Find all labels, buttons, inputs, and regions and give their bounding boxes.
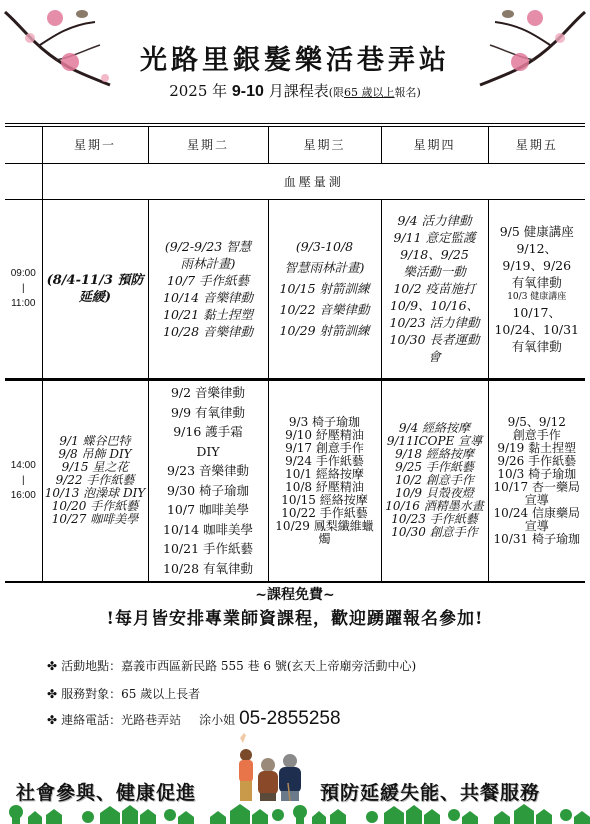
afternoon-wed: 9/3 椅子瑜珈 9/10 紓壓精油 9/17 創意手作 9/24 手作紙藝 1…: [268, 379, 381, 582]
morning-time: 09:00 | 11:00: [5, 199, 42, 379]
info-contact: ✤ 連絡電話： 光路巷弄站 涂小姐 05-2855258: [47, 708, 341, 730]
afternoon-mon: 9/1 蝶谷巴特 9/8 吊飾 DIY 9/15 星之花 9/22 手作紙藝 1…: [42, 379, 148, 582]
free-courses-notice: ~課程免費~: [0, 584, 590, 604]
course-item: 智慧雨林計畫): [271, 257, 379, 278]
monthly-teacher-slogan: !每月皆安排專業師資課程，歡迎踴躍報名參加!: [0, 604, 590, 629]
time-separator: |: [5, 473, 42, 488]
course-item: 10/15 經絡按摩: [271, 494, 379, 507]
course-item: 10/21 手作紙藝: [151, 539, 266, 559]
course-item: 9/16 護手霜: [151, 422, 266, 442]
time-end: 16:00: [5, 488, 42, 503]
course-item: 10/2 疫苗施打: [384, 280, 486, 297]
contact-phone: 05-2855258: [239, 708, 340, 730]
time-separator: |: [5, 281, 42, 296]
subtitle-note-prefix: (限: [329, 86, 344, 99]
day-header-tue: 星期二: [148, 125, 268, 163]
course-item: 9/5 健康講座: [491, 223, 584, 240]
course-item: 10/31 椅子瑜珈: [491, 533, 584, 546]
blood-pressure-cell: 血壓量測: [42, 163, 585, 199]
contact-org: 光路巷弄站: [121, 711, 181, 728]
course-item: 9/23 音樂律動: [151, 461, 266, 481]
footer-slogan-left: 社會參與、健康促進: [16, 778, 196, 805]
afternoon-thu: 9/4 經絡按摩 9/11ICOPE 宣導 9/18 經絡按摩 9/25 手作紙…: [381, 379, 488, 582]
course-item: 10/14 音樂律動: [151, 289, 266, 306]
course-item: 10/7 咖啡美學: [151, 500, 266, 520]
course-item: 9/10 紓壓精油: [271, 429, 379, 442]
course-item: 10/15 射箭訓練: [271, 278, 379, 299]
course-item: (9/3-10/8: [271, 236, 379, 257]
green-houses-border-icon: [0, 803, 590, 824]
afternoon-tue: 9/2 音樂律動 9/9 有氧律動 9/16 護手霜 DIY 9/23 音樂律動…: [148, 379, 268, 582]
course-item: 10/29 射箭訓練: [271, 320, 379, 341]
morning-wed: (9/3-10/8 智慧雨林計畫) 10/15 射箭訓練 10/22 音樂律動 …: [268, 199, 381, 379]
day-header-fri: 星期五: [488, 125, 585, 163]
course-item: 10/24 信康藥局宣導: [491, 507, 584, 533]
course-item: 10/8 紓壓精油: [271, 481, 379, 494]
course-item: 9/11 意定監護: [384, 229, 486, 246]
course-item: 9/19、9/26: [491, 257, 584, 274]
course-item: 9/3 椅子瑜珈: [271, 416, 379, 429]
course-item: 9/18、9/25: [384, 246, 486, 263]
morning-fri: 9/5 健康講座 9/12、 9/19、9/26 有氧律動 10/3 健康講座 …: [488, 199, 585, 379]
afternoon-row: 14:00 | 16:00 9/1 蝶谷巴特 9/8 吊飾 DIY 9/15 星…: [5, 379, 585, 582]
course-item: 10/22 音樂律動: [271, 299, 379, 320]
course-item: 10/23 活力律動: [384, 314, 486, 331]
footer-slogan-right: 預防延緩失能、共餐服務: [320, 778, 540, 805]
course-item: 10/3 椅子瑜珈: [491, 468, 584, 481]
clover-bullet-icon: ✤: [47, 713, 57, 727]
clover-bullet-icon: ✤: [47, 687, 57, 701]
time-start: 14:00: [5, 458, 42, 473]
page-subtitle: 2025 年 9-10 月課程表(限65 歲以上報名): [0, 80, 590, 101]
subtitle-year: 2025 年: [169, 82, 232, 100]
course-item: 9/17 創意手作: [271, 442, 379, 455]
contact-person: 涂小姐: [199, 711, 235, 728]
morning-row: 09:00 | 11:00 (8/4-11/3 預防延緩) (9/2-9/23 …: [5, 199, 585, 379]
course-item: 10/7 手作紙藝: [151, 272, 266, 289]
day-header-wed: 星期三: [268, 125, 381, 163]
clover-bullet-icon: ✤: [47, 659, 57, 673]
location-value: 嘉義市西區新民路 555 巷 6 號(玄天上帝廟旁活動中心): [121, 657, 416, 674]
course-item: 10/22 手作紙藝: [271, 507, 379, 520]
schedule-table: 星期一 星期二 星期三 星期四 星期五 血壓量測 09:00 | 11:00 (…: [5, 123, 585, 583]
target-value: 65 歲以上長者: [121, 685, 200, 702]
course-item: 樂活動一動: [384, 263, 486, 280]
subtitle-note-age: 65 歲以上: [344, 86, 395, 99]
course-item: 10/28 有氧律動: [151, 559, 266, 579]
course-item: 創意手作: [491, 429, 584, 442]
course-item: 雨林計畫): [151, 255, 266, 272]
info-location: ✤ 活動地點： 嘉義市西區新民路 555 巷 6 號(玄天上帝廟旁活動中心): [47, 657, 416, 674]
course-item: 有氧律動: [491, 338, 584, 355]
contact-label: 連絡電話：: [61, 711, 121, 728]
day-header-mon: 星期一: [42, 125, 148, 163]
location-label: 活動地點：: [61, 657, 121, 674]
subtitle-months: 9-10: [232, 83, 264, 100]
course-item: 9/4 活力律動: [384, 212, 486, 229]
course-item: 9/12、: [491, 240, 584, 257]
course-item: 10/27 咖啡美學: [45, 513, 146, 526]
time-end: 11:00: [5, 296, 42, 311]
course-item: 9/5、9/12: [491, 416, 584, 429]
afternoon-time: 14:00 | 16:00: [5, 379, 42, 582]
course-item: 10/24、10/31: [491, 321, 584, 338]
course-item: 9/19 黏土捏塑: [491, 442, 584, 455]
course-item: 10/14 咖啡美學: [151, 520, 266, 540]
course-item: 10/17 杏一藥局宣導: [491, 481, 584, 507]
course-item: 10/17、: [491, 304, 584, 321]
course-item: (8/4-11/3 預防延緩): [45, 272, 146, 306]
course-item: 10/9、10/16、: [384, 297, 486, 314]
subtitle-rest: 月課程表: [264, 82, 329, 100]
afternoon-fri: 9/5、9/12 創意手作 9/19 黏土捏塑 9/26 手作紙藝 10/3 椅…: [488, 379, 585, 582]
course-item: (9/2-9/23 智慧: [151, 238, 266, 255]
time-header: [5, 125, 42, 163]
course-item: 10/3 健康講座: [491, 291, 584, 304]
course-item: 10/21 黏土捏塑: [151, 306, 266, 323]
course-item: 10/30 長者運動會: [384, 331, 486, 365]
course-item: 10/30 創意手作: [384, 526, 486, 539]
course-item: 9/24 手作紙藝: [271, 455, 379, 468]
time-start: 09:00: [5, 266, 42, 281]
target-label: 服務對象：: [61, 685, 121, 702]
course-item: 10/28 音樂律動: [151, 323, 266, 340]
course-item: 9/30 椅子瑜珈: [151, 481, 266, 501]
course-item: 有氧律動: [491, 274, 584, 291]
course-item: 10/29 鳳梨纖維蠟燭: [271, 520, 379, 546]
blood-pressure-row: 血壓量測: [5, 163, 585, 199]
subtitle-note-suffix: 報名): [395, 86, 421, 99]
time-cell-empty: [5, 163, 42, 199]
course-item: 9/2 音樂律動: [151, 383, 266, 403]
morning-tue: (9/2-9/23 智慧 雨林計畫) 10/7 手作紙藝 10/14 音樂律動 …: [148, 199, 268, 379]
morning-thu: 9/4 活力律動 9/11 意定監護 9/18、9/25 樂活動一動 10/2 …: [381, 199, 488, 379]
morning-mon: (8/4-11/3 預防延緩): [42, 199, 148, 379]
course-item: 9/26 手作紙藝: [491, 455, 584, 468]
day-header-thu: 星期四: [381, 125, 488, 163]
course-item: 10/1 經絡按摩: [271, 468, 379, 481]
course-item: 9/9 有氧律動: [151, 403, 266, 423]
course-item: DIY: [151, 442, 266, 462]
table-header-row: 星期一 星期二 星期三 星期四 星期五: [5, 125, 585, 163]
caregiver-and-elders-illustration-icon: [230, 733, 310, 803]
info-target: ✤ 服務對象： 65 歲以上長者: [47, 685, 200, 702]
page-title: 光路里銀髮樂活巷弄站: [0, 38, 590, 77]
